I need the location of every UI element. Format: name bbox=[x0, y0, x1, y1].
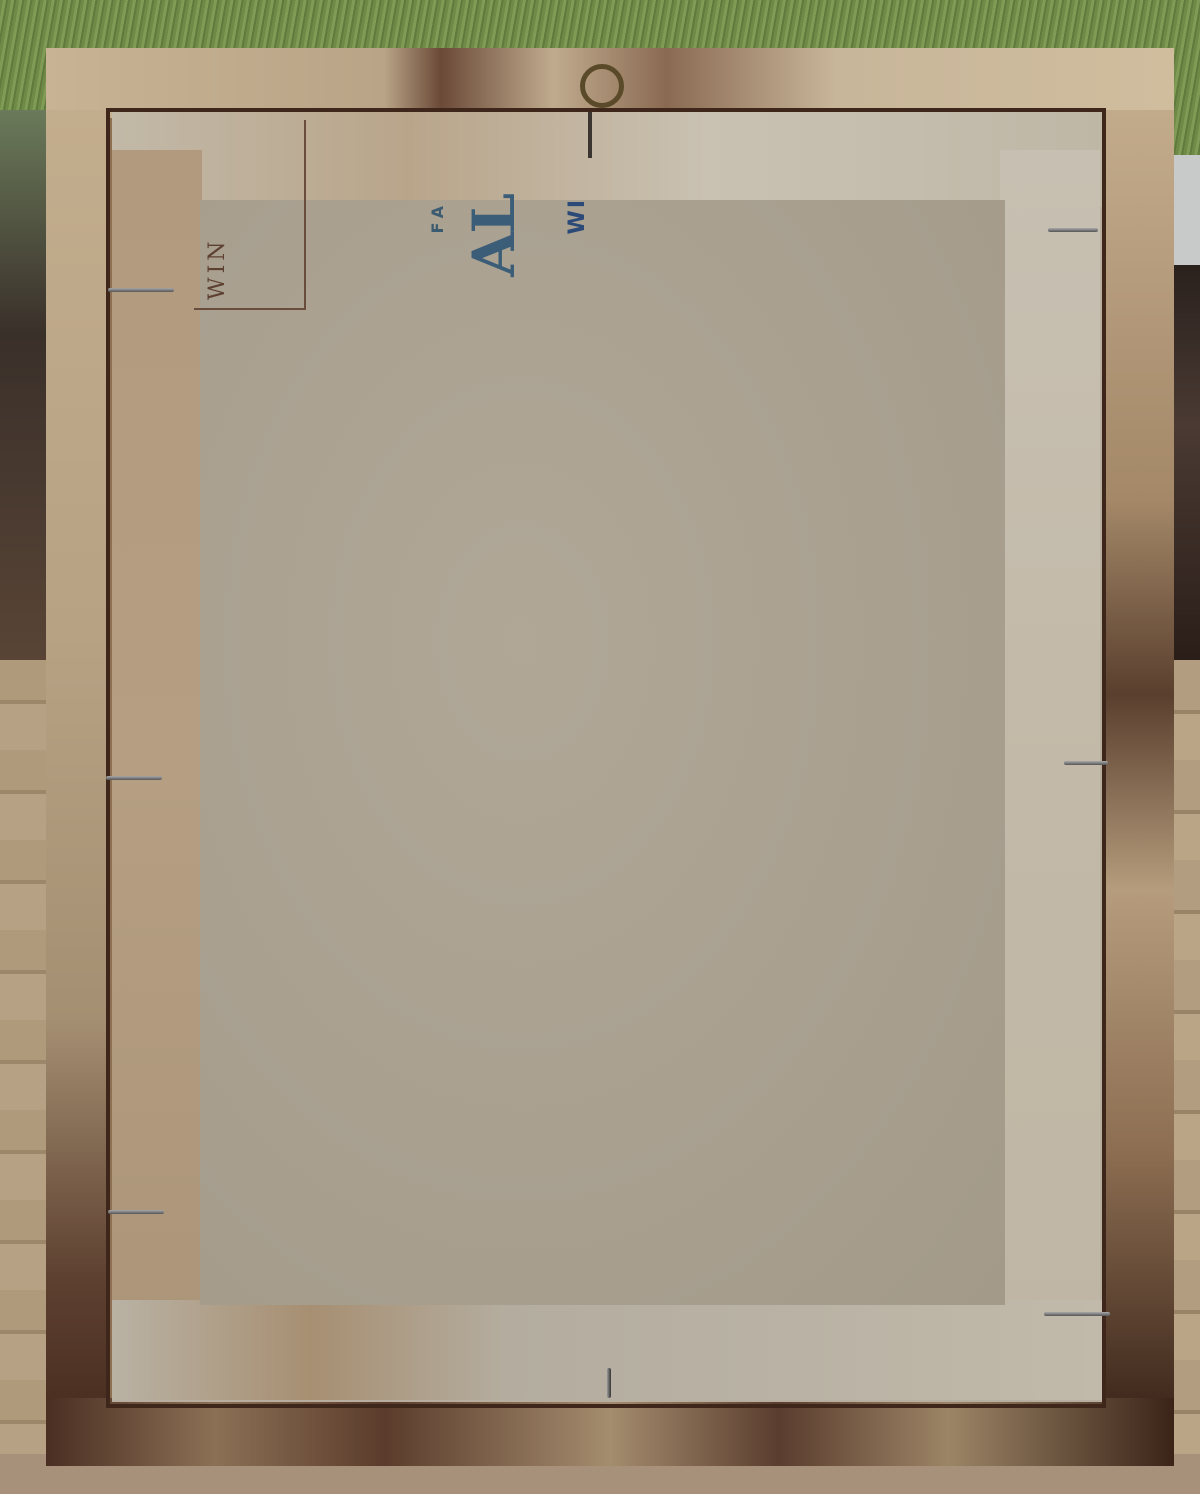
backing-paper bbox=[200, 200, 1005, 1305]
nail-icon bbox=[106, 776, 162, 780]
left-background bbox=[0, 110, 50, 670]
frame-right-rail bbox=[1100, 110, 1174, 1410]
nail-icon bbox=[1064, 761, 1108, 765]
blue-stamp-right: WI bbox=[565, 198, 590, 234]
hanger-pin bbox=[588, 112, 592, 158]
nail-icon bbox=[1044, 1312, 1110, 1316]
nail-icon bbox=[108, 1210, 164, 1214]
nail-icon bbox=[607, 1368, 611, 1398]
ring-hanger-icon bbox=[580, 64, 624, 108]
backing-tape-right bbox=[1000, 150, 1100, 1400]
frame-bottom-rail bbox=[46, 1398, 1174, 1466]
blue-stamp-small: FA bbox=[428, 200, 447, 233]
wooden-table-left bbox=[0, 660, 50, 1494]
brown-stamp-text: WIN bbox=[205, 140, 265, 300]
nail-icon bbox=[1048, 228, 1098, 232]
frame-left-rail bbox=[46, 110, 110, 1410]
nail-icon bbox=[108, 288, 174, 292]
blue-stamp-large: AL bbox=[460, 195, 528, 277]
